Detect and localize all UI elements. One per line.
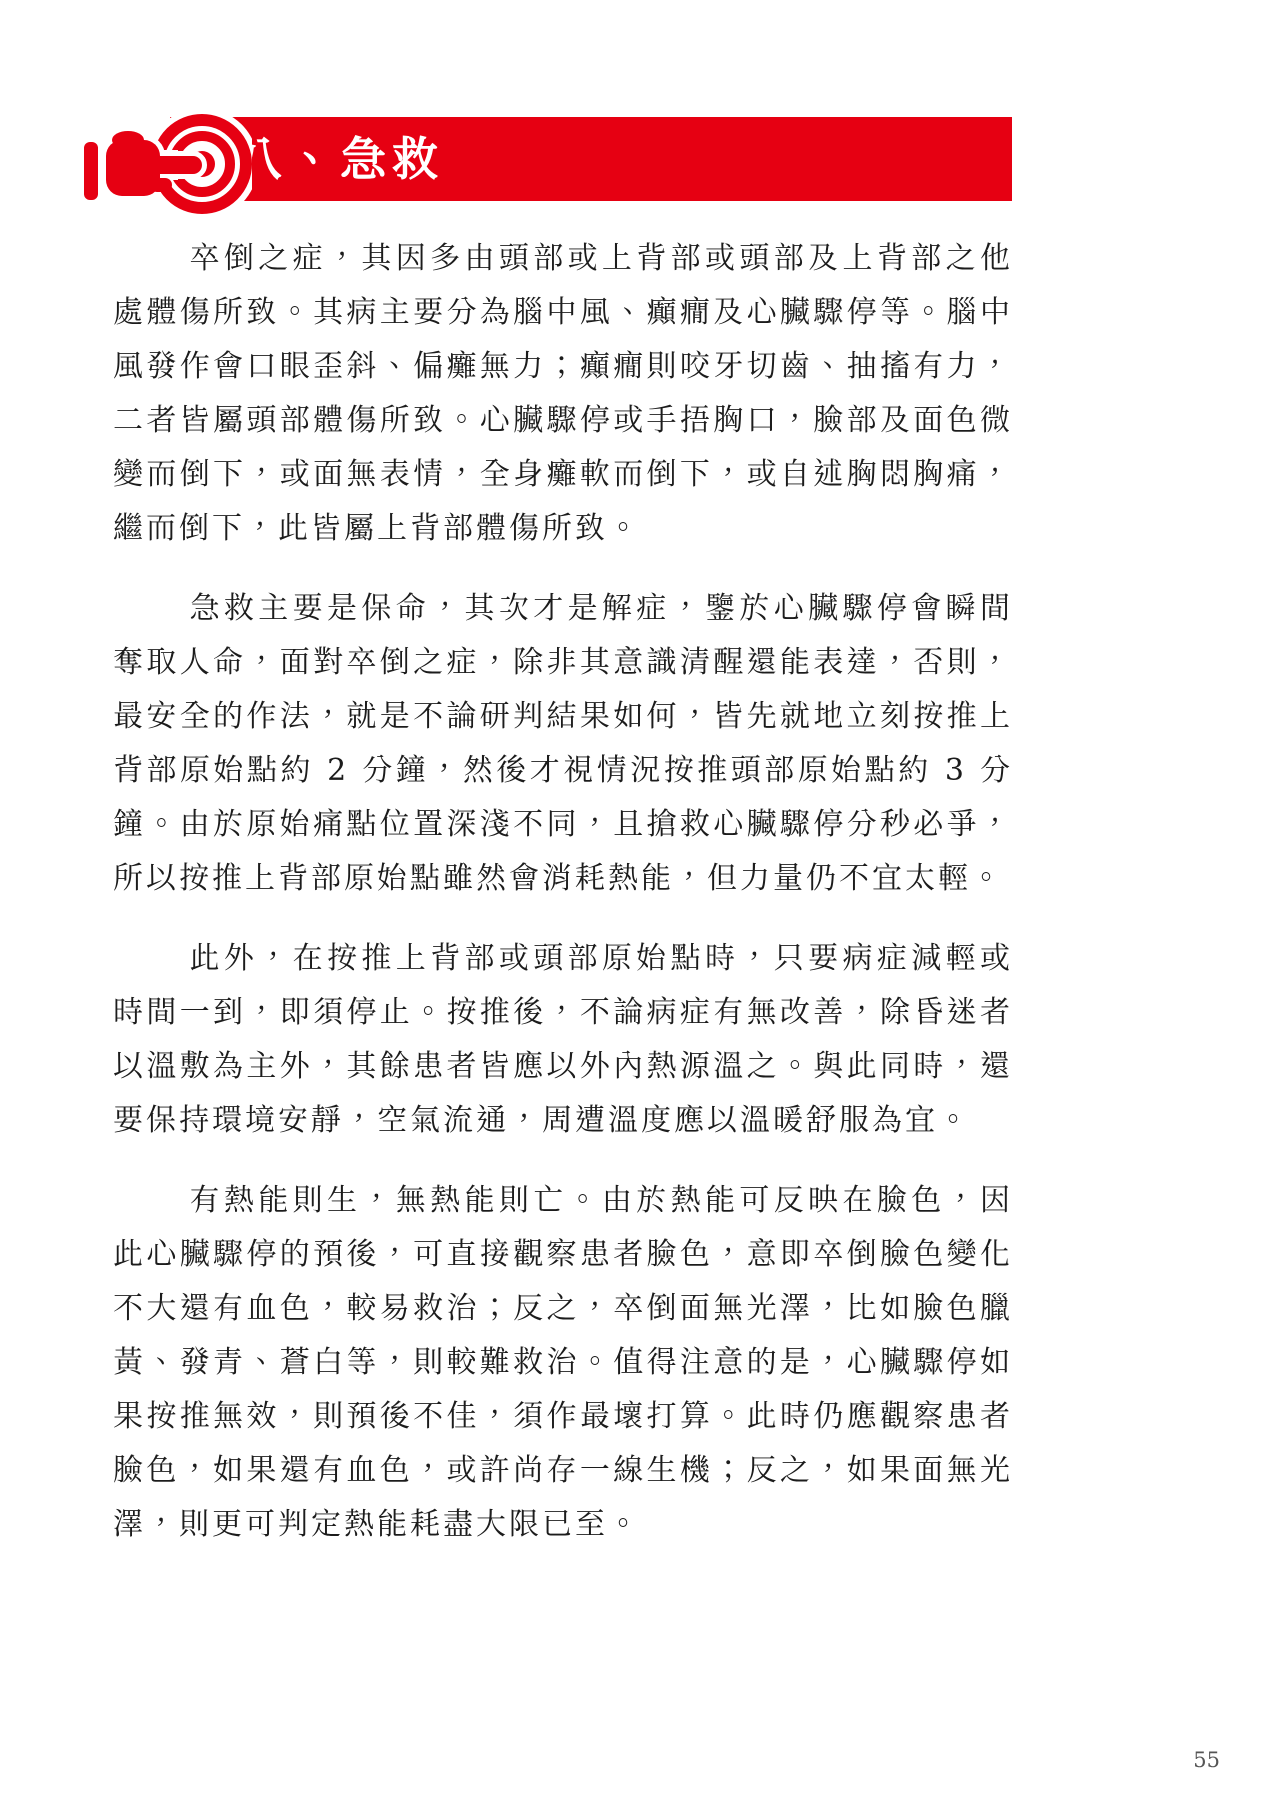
paragraph-1: 卒倒之症，其因多由頭部或上背部或頭部及上背部之他處體傷所致。其病主要分為腦中風、… [113, 232, 1013, 556]
book-page: 八、急救 [0, 0, 1280, 1816]
chapter-title: 八、急救 [236, 136, 444, 182]
paragraph-3: 此外，在按推上背部或頭部原始點時，只要病症減輕或時間一到，即須停止。按推後，不論… [113, 932, 1013, 1148]
body-text: 卒倒之症，其因多由頭部或上背部或頭部及上背部之他處體傷所致。其病主要分為腦中風、… [113, 232, 1013, 1578]
paragraph-2: 急救主要是保命，其次才是解症，鑒於心臟驟停會瞬間奪取人命，面對卒倒之症，除非其意… [113, 582, 1013, 906]
chapter-banner: 八、急救 [170, 117, 1012, 201]
paragraph-4: 有熱能則生，無熱能則亡。由於熱能可反映在臉色，因此心臟驟停的預後，可直接觀察患者… [113, 1174, 1013, 1552]
page-number: 55 [1193, 1748, 1220, 1772]
pointing-hand-ripple-icon [80, 98, 252, 230]
